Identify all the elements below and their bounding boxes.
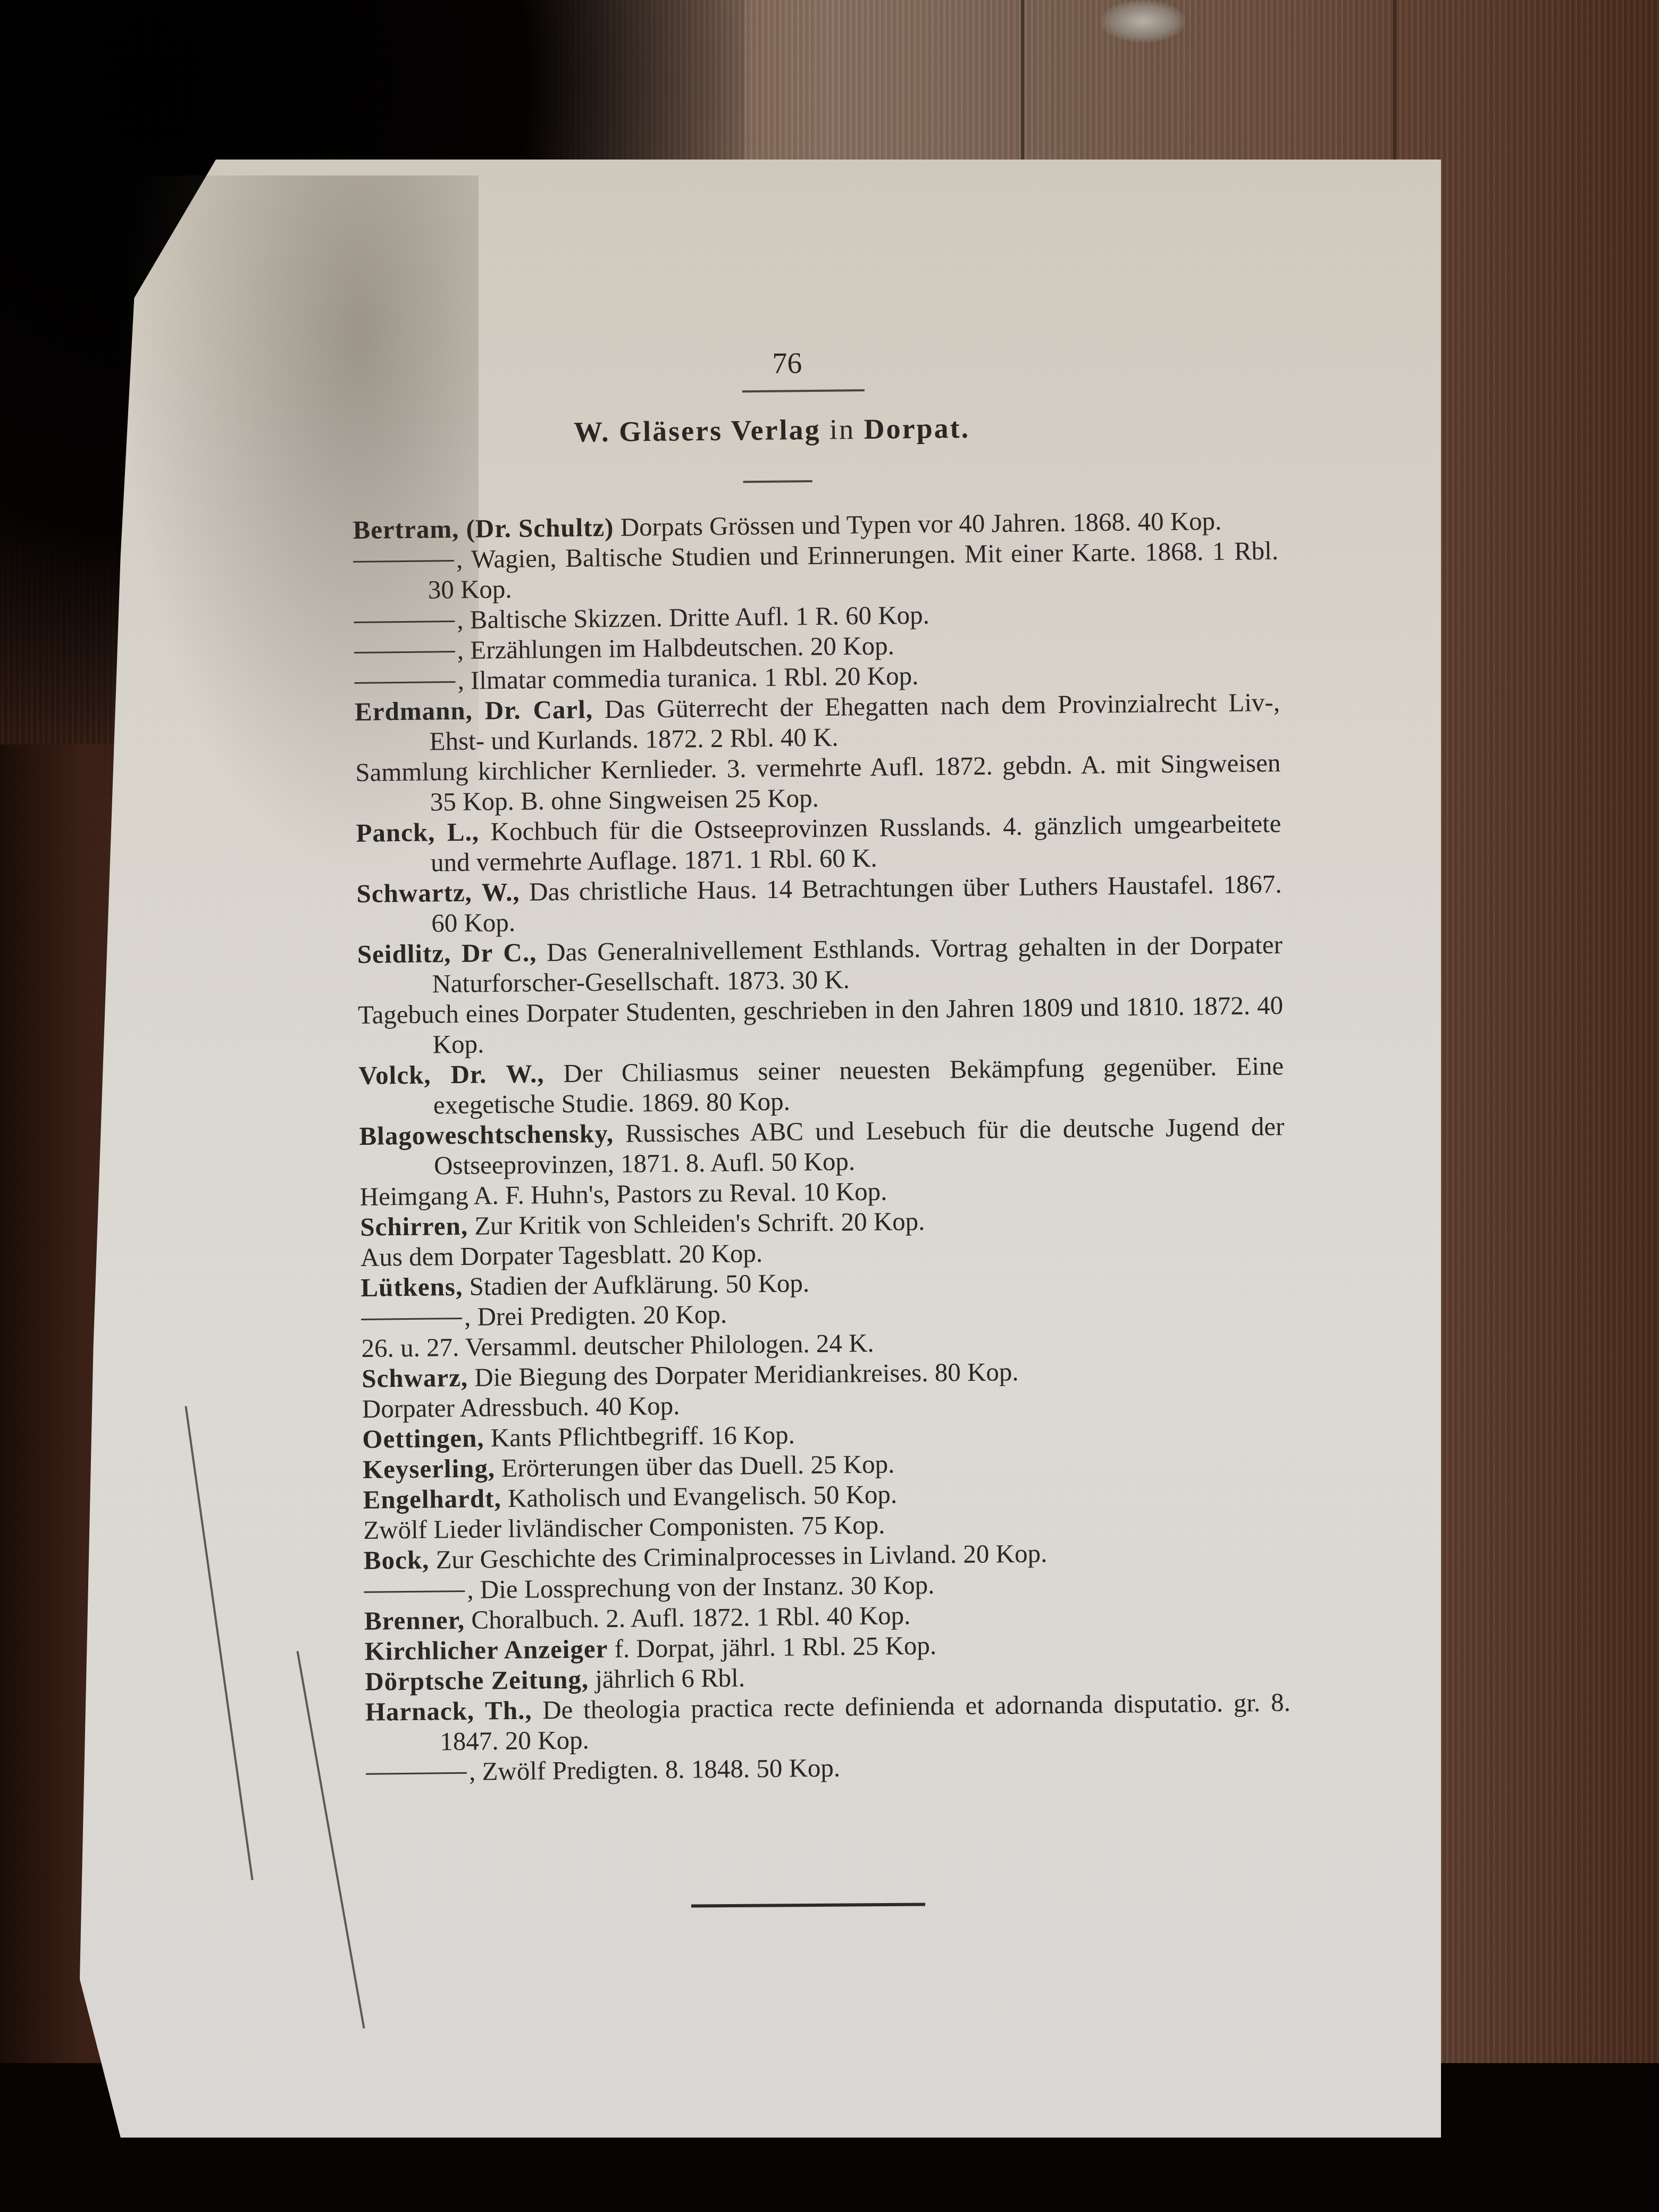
- entry-text: Das christliche Haus. 14 Betrachtungen ü…: [431, 869, 1282, 938]
- entry-author: Harnack, Th.,: [365, 1696, 532, 1727]
- divider-rule: [743, 480, 812, 483]
- ditto-dash: [354, 651, 455, 653]
- entry-text: , Die Lossprechung von der Instanz. 30 K…: [467, 1570, 935, 1604]
- catalog-entry: Tagebuch eines Dorpater Studenten, gesch…: [358, 990, 1284, 1060]
- entry-author: Schwartz, W.,: [356, 877, 520, 908]
- entry-author: Panck, L.,: [356, 817, 479, 848]
- divider-rule: [742, 389, 865, 392]
- ditto-dash: [364, 1590, 465, 1593]
- entry-text: Zur Kritik von Schleiden's Schrift. 20 K…: [474, 1206, 925, 1241]
- catalog-entry: Volck, Dr. W., Der Chiliasmus seiner neu…: [358, 1051, 1284, 1121]
- entry-text: , Ilmatar commedia turanica. 1 Rbl. 20 K…: [457, 661, 918, 695]
- entry-text: Tagebuch eines Dorpater Studenten, gesch…: [358, 991, 1283, 1059]
- entry-text: jährlich 6 Rbl.: [595, 1663, 745, 1694]
- entry-text: , Drei Predigten. 20 Kop.: [464, 1300, 727, 1331]
- entry-text: Choralbuch. 2. Aufl. 1872. 1 Rbl. 40 Kop…: [471, 1601, 911, 1635]
- publisher-name: W. Gläsers Verlag: [574, 414, 821, 448]
- entry-text: De theologia practica recte definienda e…: [440, 1688, 1291, 1756]
- entry-text: Erörterungen über das Duell. 25 Kop.: [501, 1449, 894, 1482]
- page-content: 76 W. Gläsers Verlag in Dorpat. Bertram,…: [351, 341, 1291, 1788]
- entry-text: , Baltische Skizzen. Dritte Aufl. 1 R. 6…: [457, 600, 929, 634]
- entry-author: Schwarz,: [362, 1363, 468, 1393]
- entry-author: Blagoweschtschensky,: [359, 1119, 614, 1151]
- publisher-connector: in: [829, 413, 856, 445]
- entry-author: Lütkens,: [361, 1272, 463, 1302]
- entry-author: Seidlitz, Dr C.,: [357, 937, 537, 969]
- catalog-entry: Schwartz, W., Das christliche Haus. 14 B…: [356, 869, 1282, 939]
- catalog-entry: Panck, L., Kochbuch für die Ostseeprovin…: [356, 808, 1281, 878]
- entry-text: Der Chiliasmus seiner neuesten Bekämpfun…: [433, 1051, 1284, 1120]
- entry-text: Kants Pflichtbegriff. 16 Kop.: [491, 1420, 795, 1452]
- entry-text: , Erzählungen im Halbdeutschen. 20 Kop.: [457, 631, 894, 665]
- wood-knot: [1101, 0, 1186, 43]
- entry-author: Bock,: [364, 1545, 430, 1575]
- entry-author: Volck, Dr. W.,: [358, 1059, 544, 1090]
- entry-author: Bertram, (Dr. Schultz): [353, 513, 614, 544]
- entry-text: Heimgang A. F. Huhn's, Pastors zu Reval.…: [359, 1177, 887, 1211]
- entry-text: Sammlung kirchlicher Kernlieder. 3. verm…: [355, 748, 1280, 817]
- entry-text: Zur Geschichte des Criminalprocesses in …: [435, 1538, 1047, 1574]
- ditto-dash: [366, 1772, 467, 1775]
- catalog-entry: Blagoweschtschensky, Russisches ABC und …: [359, 1111, 1285, 1182]
- entry-author: Keyserling,: [363, 1453, 496, 1484]
- entry-text: Zwölf Lieder livländischer Componisten. …: [363, 1510, 885, 1545]
- entry-author: Oettingen,: [362, 1423, 484, 1453]
- entry-text: , Zwölf Predigten. 8. 1848. 50 Kop.: [469, 1753, 841, 1786]
- entry-text: Stadien der Aufklärung. 50 Kop.: [469, 1268, 809, 1301]
- entry-text: f. Dorpat, jährl. 1 Rbl. 25 Kop.: [614, 1631, 936, 1663]
- publisher-heading: W. Gläsers Verlag in Dorpat.: [389, 409, 1155, 450]
- page-number: 76: [404, 342, 1170, 384]
- ditto-dash: [355, 681, 456, 684]
- publisher-place: Dorpat.: [864, 412, 970, 445]
- entry-text: Das Generalnivellement Esthlands. Vortra…: [432, 930, 1283, 999]
- catalog-entry: Harnack, Th., De theologia practica rect…: [365, 1687, 1291, 1757]
- entry-text: Katholisch und Evangelisch. 50 Kop.: [508, 1479, 898, 1513]
- entry-text: , Wagien, Baltische Studien und Erinneru…: [428, 536, 1278, 605]
- entry-text: 26. u. 27. Versamml. deutscher Philologe…: [361, 1328, 874, 1363]
- ditto-dash: [361, 1318, 462, 1320]
- entry-text: Aus dem Dorpater Tagesblatt. 20 Kop.: [361, 1238, 763, 1272]
- entry-text: Kochbuch für die Ostseeprovinzen Russlan…: [431, 809, 1281, 877]
- ditto-dash: [353, 560, 454, 563]
- entry-author: Schirren,: [360, 1211, 468, 1242]
- catalog-entry: Seidlitz, Dr C., Das Generalnivellement …: [357, 929, 1283, 1000]
- catalog-entry: Erdmann, Dr. Carl, Das Güterrecht der Eh…: [355, 687, 1280, 757]
- entry-author: Dörptsche Zeitung,: [365, 1664, 589, 1696]
- catalog-list: Bertram, (Dr. Schultz) Dorpats Grössen u…: [353, 505, 1291, 1788]
- ditto-dash: [354, 621, 455, 623]
- catalog-entry: , Wagien, Baltische Studien und Erinneru…: [353, 535, 1279, 606]
- entry-text: Die Biegung des Dorpater Meridiankreises…: [474, 1357, 1019, 1392]
- entry-author: Engelhardt,: [363, 1484, 501, 1514]
- entry-text: Dorpater Adressbuch. 40 Kop.: [362, 1391, 680, 1423]
- catalog-entry: Sammlung kirchlicher Kernlieder. 3. verm…: [355, 748, 1281, 818]
- entry-author: Brenner,: [364, 1605, 465, 1636]
- entry-author: Erdmann, Dr. Carl,: [355, 694, 593, 726]
- entry-author: Kirchlicher Anzeiger: [364, 1634, 608, 1666]
